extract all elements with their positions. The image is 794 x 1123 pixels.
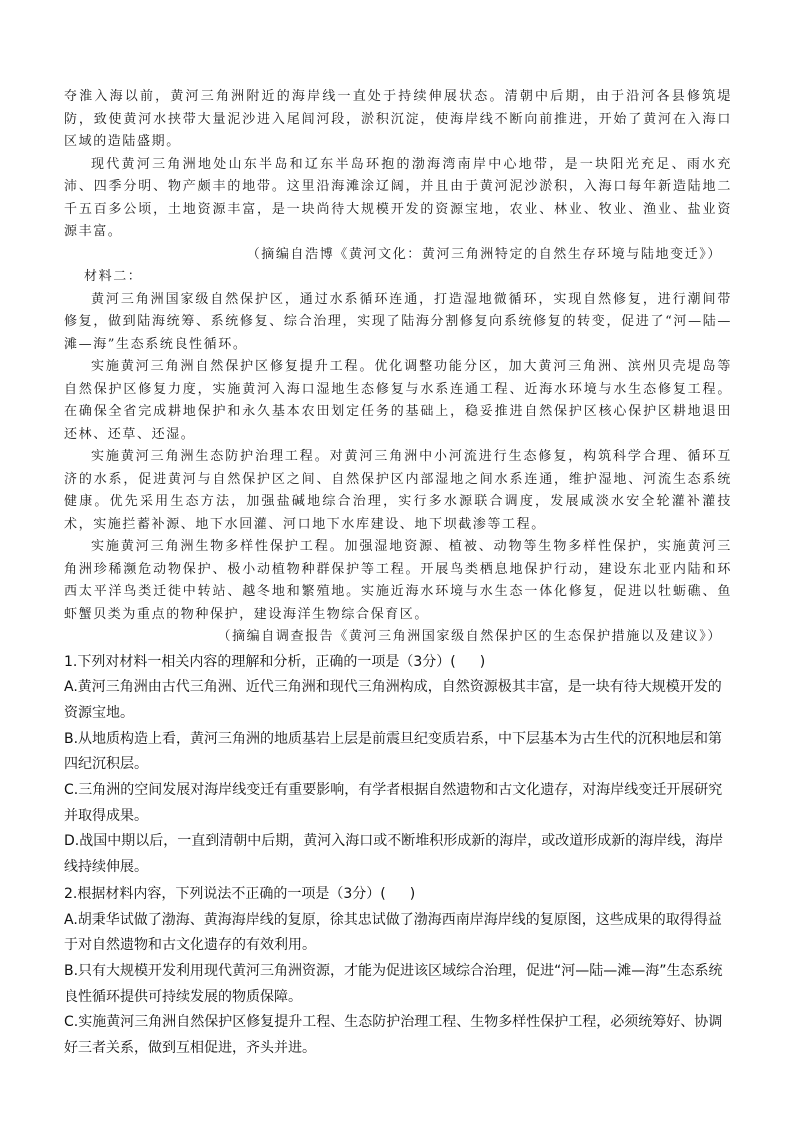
question-option: B.只有大规模开发利用现代黄河三角洲资源，才能为促进该区域综合治理，促进“河—陆… (64, 959, 732, 1010)
material-two-paragraph: 实施黄河三角洲生态防护治理工程。对黄河三角洲中小河流进行生态修复，构筑科学合理、… (64, 446, 732, 536)
question-2: 2.根据材料内容，下列说法不正确的一项是（3分）() A.胡秉华试做了渤海、黄海… (64, 882, 732, 1062)
material-one-source: （摘编自浩博《黄河文化：黄河三角洲特定的自然生存环境与陆地变迁》） (64, 244, 732, 267)
material-two-paragraph: 黄河三角洲国家级自然保护区，通过水系循环连通，打造湿地微循环，实现自然修复，进行… (64, 289, 732, 357)
question-option: C.实施黄河三角洲自然保护区修复提升工程、生态防护治理工程、生物多样性保护工程，… (64, 1010, 732, 1061)
material-two-paragraph: 实施黄河三角洲自然保护区修复提升工程。优化调整功能分区，加大黄河三角洲、滨州贝壳… (64, 356, 732, 446)
document-page: 夺淮入海以前，黄河三角洲附近的海岸线一直处于持续伸展状态。清朝中后期，由于沿河各… (64, 86, 732, 1062)
question-option: B.从地质构造上看，黄河三角洲的地质基岩上层是前震旦纪变质岩系，中下层基本为古生… (64, 727, 732, 778)
question-stem: 1.下列对材料一相关内容的理解和分析，正确的一项是（3分）() (64, 650, 732, 676)
question-option: D.战国中期以后，一直到清朝中后期，黄河入海口或不断堆积形成新的海岸，或改道形成… (64, 829, 732, 880)
material-one: 夺淮入海以前，黄河三角洲附近的海岸线一直处于持续伸展状态。清朝中后期，由于沿河各… (64, 86, 732, 266)
material-two: 材料二： 黄河三角洲国家级自然保护区，通过水系循环连通，打造湿地微循环，实现自然… (64, 266, 732, 649)
question-option: C.三角洲的空间发展对海岸线变迁有重要影响，有学者根据自然遗物和古文化遗存，对海… (64, 778, 732, 829)
material-one-paragraph: 现代黄河三角洲地处山东半岛和辽东半岛环抱的渤海湾南岸中心地带，是一块阳光充足、雨… (64, 154, 732, 244)
question-option: A.黄河三角洲由古代三角洲、近代三角洲和现代三角洲构成，自然资源极其丰富，是一块… (64, 675, 732, 726)
material-two-label: 材料二： (64, 266, 732, 289)
question-option: A.胡秉华试做了渤海、黄海海岸线的复原，徐其忠试做了渤海西南岸海岸线的复原图，这… (64, 908, 732, 959)
material-one-paragraph: 夺淮入海以前，黄河三角洲附近的海岸线一直处于持续伸展状态。清朝中后期，由于沿河各… (64, 86, 732, 154)
question-stem: 2.根据材料内容，下列说法不正确的一项是（3分）() (64, 882, 732, 908)
question-1: 1.下列对材料一相关内容的理解和分析，正确的一项是（3分）() A.黄河三角洲由… (64, 650, 732, 881)
material-two-source: （摘编自调查报告《黄河三角洲国家级自然保护区的生态保护措施以及建议》） (64, 626, 732, 649)
material-two-paragraph: 实施黄河三角洲生物多样性保护工程。加强湿地资源、植被、动物等生物多样性保护，实施… (64, 536, 732, 626)
